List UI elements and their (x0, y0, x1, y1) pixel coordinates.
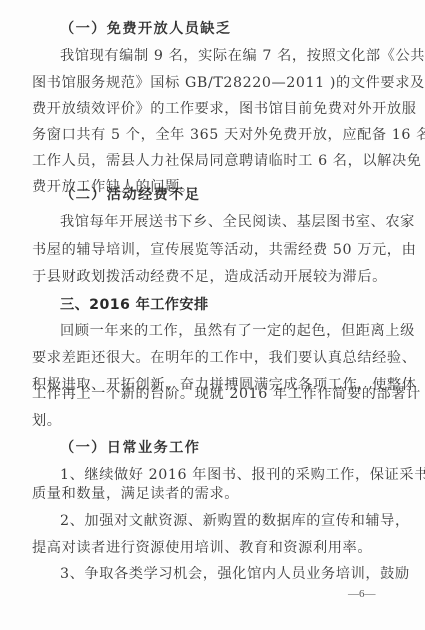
paragraph-line: 书屋的辅导培训，宣传展览等活动，共需经费 50 万元，由 (32, 241, 377, 259)
section-heading-2016-plan: 三、2016 年工作安排 (60, 296, 377, 314)
paragraph-line: 务窗口共有 5 个，全年 365 天对外免费开放，应配备 16 名 (32, 126, 377, 144)
paragraph-line: 我馆现有编制 9 名，实际在编 7 名，按照文化部《公共 (60, 47, 377, 65)
paragraph-line: 要求差距还很大。在明年的工作中，我们要认真总结经验、 (32, 349, 377, 367)
paragraph-line: 划。 (32, 412, 377, 430)
paragraph-line: 提高对读者进行资源使用培训、教育和资源利用率。 (32, 539, 377, 557)
page-number: —6— (348, 588, 376, 600)
paragraph-line: 回顾一年来的工作，虽然有了一定的起色，但距离上级 (60, 322, 377, 340)
paragraph-line: 我馆每年开展送书下乡、全民阅读、基层图书室、农家 (60, 213, 377, 231)
paragraph-line: 图书馆服务规范》国标 GB/T28220—2011 )的文件要求及《免 (32, 74, 377, 92)
paragraph-line: 质量和数量，满足读者的需求。 (32, 485, 377, 503)
section-heading-daily-work: （一）日常业务工作 (60, 439, 377, 457)
paragraph-line: 工作人员，需县人力社保局同意聘请临时工 6 名，以解决免 (32, 152, 377, 170)
paragraph-line: 费开放绩效评价》的工作要求，图书馆目前免费对外开放服 (32, 100, 377, 118)
list-item-2: 2、加强对文献资源、新购置的数据库的宣传和辅导， (60, 512, 377, 530)
list-item-1: 1、继续做好 2016 年图书、报刊的采购工作，保证采书 (60, 466, 377, 484)
paragraph-line: 工作再上一个新的台阶。现就 2016 年工作作简要的部署计 (32, 385, 377, 403)
document-page: （一）免费开放人员缺乏 我馆现有编制 9 名，实际在编 7 名，按照文化部《公共… (0, 0, 425, 630)
section-heading-funding-shortage: （二）活动经费不足 (60, 186, 377, 204)
section-heading-staff-shortage: （一）免费开放人员缺乏 (60, 20, 377, 38)
list-item-3: 3、争取各类学习机会，强化馆内人员业务培训，鼓励 (60, 565, 377, 583)
paragraph-line: 于县财政划拨活动经费不足，造成活动开展较为滞后。 (32, 268, 377, 286)
